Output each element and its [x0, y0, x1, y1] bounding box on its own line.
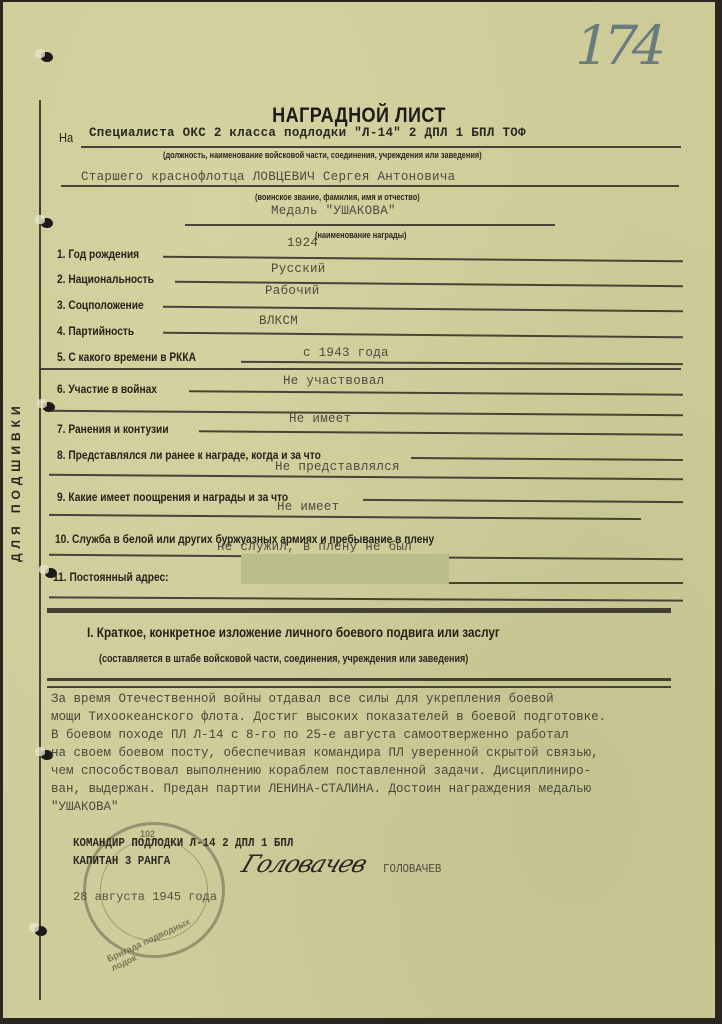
handwritten-signature: Головачев	[238, 850, 371, 878]
position-hint: (должность, наименование войсковой части…	[163, 150, 482, 160]
field-rule	[49, 410, 683, 416]
field-label-birth-year: 1. Год рождения	[57, 247, 139, 261]
name-hint: (воинское звание, фамилия, имя и отчеств…	[255, 192, 420, 202]
field-label-rkka-since: 5. С какого времени в РККА	[57, 350, 196, 364]
field-label-wounds: 7. Ранения и контузии	[57, 422, 169, 436]
field-value-party: ВЛКСМ	[259, 314, 298, 328]
field-rule	[175, 281, 683, 287]
na-label: На	[59, 130, 73, 145]
punch-hole-icon	[41, 52, 53, 62]
field-label-party: 4. Партийность	[57, 324, 134, 338]
field-rule	[163, 332, 683, 338]
field-rule	[49, 474, 683, 480]
award-rule	[185, 224, 555, 226]
field-value-wounds: Не имеет	[289, 412, 351, 426]
field-label-nationality: 2. Национальность	[57, 272, 154, 286]
punch-hole-icon	[41, 218, 53, 228]
name-rule	[61, 185, 679, 187]
field-rule	[199, 430, 683, 435]
position-value: Специалиста ОКС 2 класса подлодки "Л-14"…	[89, 126, 526, 140]
field-rule	[449, 582, 683, 584]
field-rule	[49, 514, 641, 520]
field-label-address: 11. Постоянный адрес:	[53, 570, 169, 584]
field-rule	[163, 256, 683, 262]
section-divider-bottom	[47, 686, 671, 688]
field-label-social-status: 3. Соцположение	[57, 298, 144, 312]
section-divider-top	[47, 608, 671, 613]
position-rule	[81, 146, 681, 148]
binding-margin-line	[39, 100, 41, 1000]
narrative-line: мощи Тихоокеанского флота. Достиг высоки…	[51, 710, 606, 724]
archive-number: 174	[568, 14, 666, 77]
award-sheet-page: ДЛЯ ПОДШИВКИ 174 НАГРАДНОЙ ЛИСТ На Специ…	[3, 2, 715, 1018]
name-value: Старшего краснофлотца ЛОВЦЕВИЧ Сергея Ан…	[81, 170, 455, 184]
field-value-white-army-service: не служил, в плену не был	[217, 540, 412, 554]
section-subtitle: (составляется в штабе войсковой части, с…	[99, 653, 468, 665]
field-rule	[241, 361, 683, 365]
field-value-incentives: Не имеет	[277, 500, 339, 514]
document-title: НАГРАДНОЙ ЛИСТ	[53, 104, 665, 128]
field-label-wars: 6. Участие в войнах	[57, 382, 157, 396]
signature-date: 28 августа 1945 года	[73, 890, 217, 904]
field-value-previous-awards: Не представлялся	[275, 460, 400, 474]
divider	[41, 368, 681, 370]
signer-name: ГОЛОВАЧЕВ	[383, 862, 441, 876]
signer-title: КОМАНДИР ПОДЛОДКИ Л-14 2 ДПЛ 1 БПЛ	[73, 836, 293, 850]
field-value-social-status: Рабочий	[265, 284, 320, 298]
field-rule	[189, 390, 683, 395]
section-title: I. Краткое, конкретное изложение личного…	[87, 624, 500, 640]
field-rule	[163, 306, 683, 312]
field-rule	[411, 457, 683, 460]
narrative-line: ван, выдержан. Предан партии ЛЕНИНА-СТАЛ…	[51, 782, 591, 796]
narrative-line: "УШАКОВА"	[51, 800, 119, 814]
field-value-rkka-since: с 1943 года	[303, 346, 389, 360]
field-rule	[49, 596, 683, 601]
award-hint: (наименование награды)	[315, 230, 406, 240]
narrative-line: чем способствовал выполнению кораблем по…	[51, 764, 591, 778]
narrative-line: За время Отечественной войны отдавал все…	[51, 692, 554, 706]
punch-hole-icon	[35, 926, 47, 936]
section-divider-bottom	[47, 678, 671, 681]
redacted-address	[241, 554, 449, 584]
award-value: Медаль "УШАКОВА"	[271, 204, 396, 218]
narrative-line: В боевом походе ПЛ Л-14 с 8-го по 25-е а…	[51, 728, 569, 742]
field-value-birth-year: 1924	[287, 236, 318, 250]
stamp-text: Бригада подводных лодок	[105, 905, 220, 973]
binding-label: ДЛЯ ПОДШИВКИ	[9, 401, 23, 562]
narrative-line: на своем боевом посту, обеспечивая коман…	[51, 746, 599, 760]
field-rule	[363, 499, 683, 503]
field-value-wars: Не участвовал	[283, 374, 384, 388]
field-label-incentives: 9. Какие имеет поощрения и награды и за …	[57, 490, 288, 504]
field-value-nationality: Русский	[271, 262, 326, 276]
signer-rank: КАПИТАН 3 РАНГА	[73, 854, 170, 868]
